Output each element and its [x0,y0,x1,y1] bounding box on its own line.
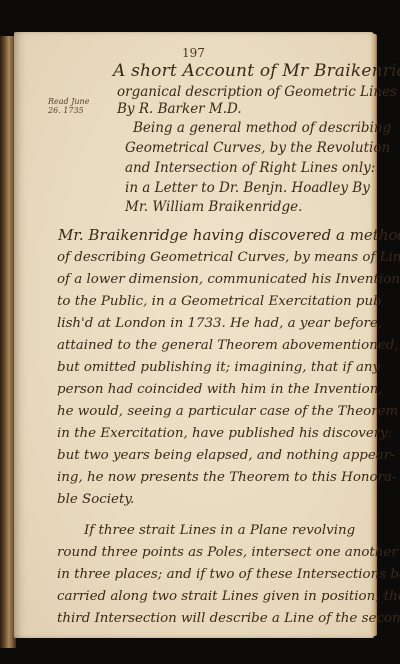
paragraph-line: lish'd at London in 1733. He had, a year… [57,316,382,331]
title-author: By R. Barker M.D. [117,101,242,117]
paragraph-line: he would, seeing a particular case of th… [57,404,398,419]
subtitle-line: in a Letter to Dr. Benjn. Hoadley By [125,180,370,196]
paragraph-line: Mr. Braikenridge having discovered a met… [58,226,400,244]
paragraph-line: of describing Geometrical Curves, by mea… [57,250,400,265]
paragraph-line: round three points as Poles, intersect o… [57,545,398,560]
page-number: 197 [182,46,205,60]
title-line-1: A short Account of Mr Braikenridge's [113,61,400,81]
paragraph-line: ble Society. [57,492,134,507]
paragraph-line: ing, he now presents the Theorem to this… [57,470,397,485]
subtitle-line: and Intersection of Right Lines only: [125,160,375,176]
paragraph-line: but omitted publishing it; imagining, th… [57,360,380,375]
paragraph-line: in three places; and if two of these Int… [57,567,400,582]
paragraph-line: attained to the general Theorem abovemen… [57,338,399,353]
subtitle-line: Geometrical Curves, by the Revolution [125,140,390,156]
paragraph-line: to the Public, in a Geometrical Exercita… [57,294,382,309]
marginal-note-line2: 26. 1735 [48,106,84,115]
paragraph-line: third Intersection will describe a Line … [57,611,400,626]
marginal-note-line1: Read June [48,97,89,106]
title-line-2: organical description of Geometric Lines [117,84,397,100]
paragraph-line: carried along two strait Lines given in … [57,589,400,604]
paragraph-line: of a lower dimension, communicated his I… [57,272,400,287]
paragraph-line: person had coincided with him in the Inv… [57,382,383,397]
paragraph-line: but two years being elapsed, and nothing… [57,448,395,463]
paragraph-line: in the Exercitation, have published his … [57,426,392,441]
subtitle-line: Mr. William Braikenridge. [125,199,302,215]
paragraph-line: If three strait Lines in a Plane revolvi… [84,523,355,538]
subtitle-line: Being a general method of describing [133,120,391,136]
